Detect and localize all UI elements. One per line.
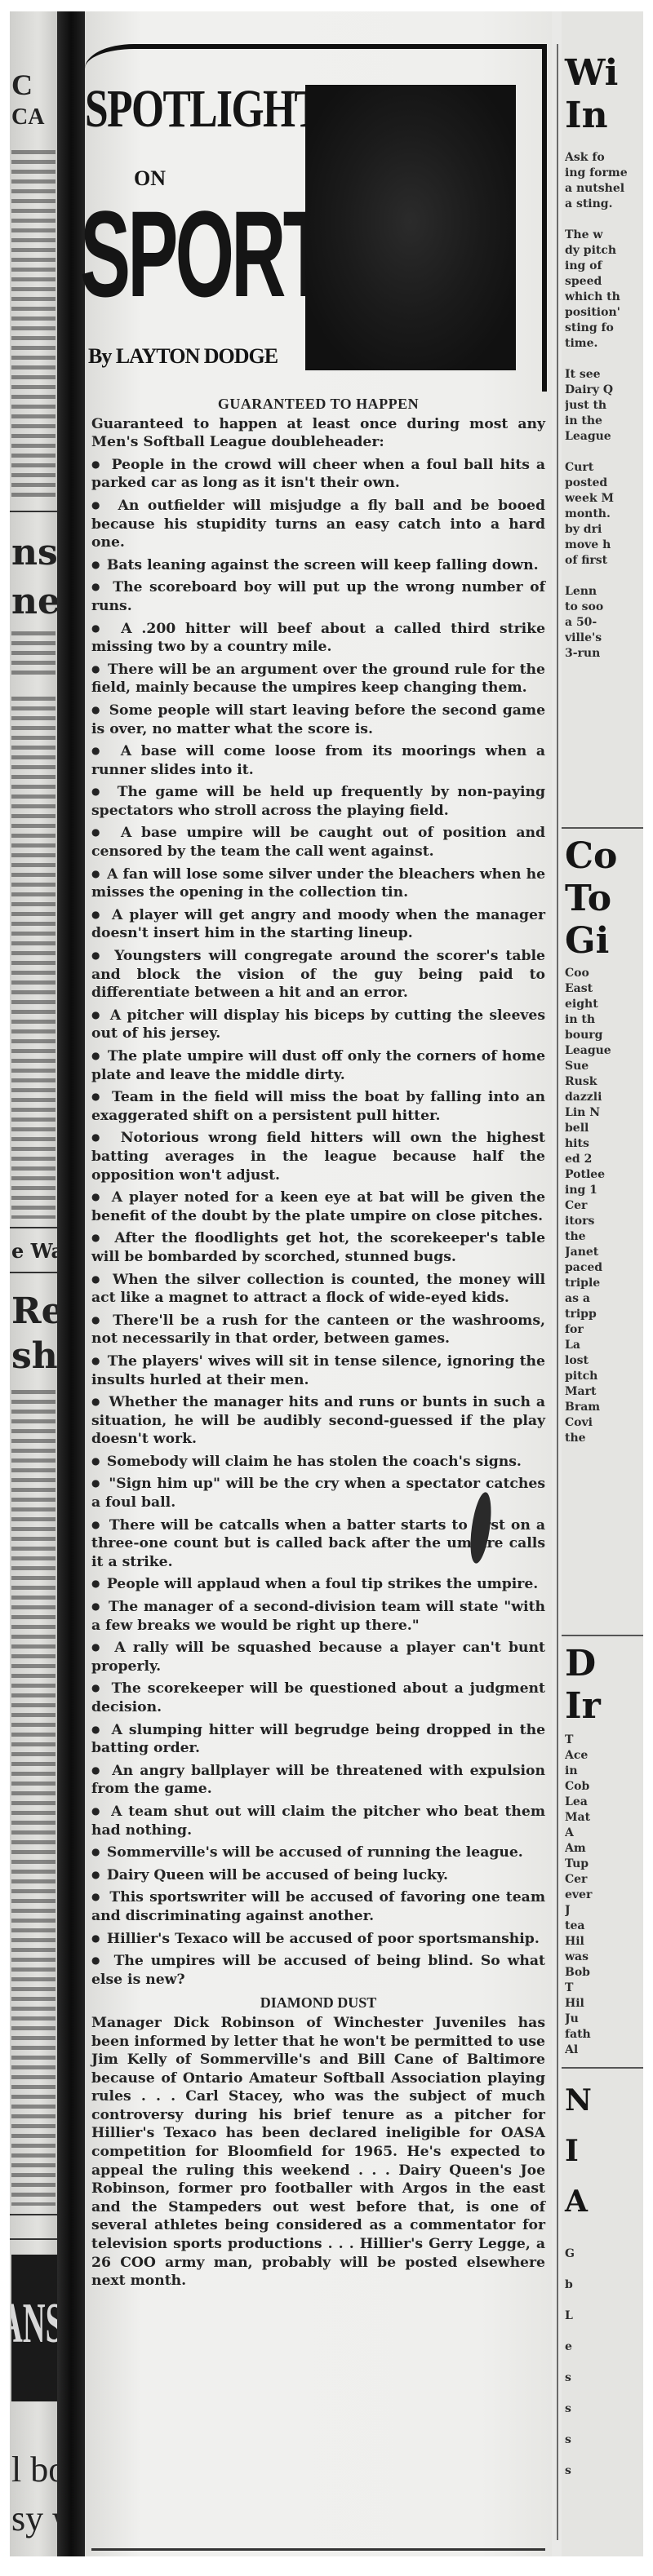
text-line: in [565, 1764, 643, 1779]
text-line: of first [565, 553, 643, 569]
left-rule [10, 2214, 57, 2215]
list-item: The plate umpire will dust off only the … [91, 1047, 545, 1084]
columnist-photo [305, 85, 516, 370]
text-line: a 50- [565, 615, 643, 631]
article-intro: Guaranteed to happen at least once durin… [91, 415, 545, 452]
left-advert-banner-text: ANS [11, 2255, 32, 2385]
list-item: The scoreboard boy will put up the wrong… [91, 578, 545, 615]
list-item: An outfielder will misjudge a fly ball a… [91, 496, 545, 552]
text-line: in the [565, 414, 643, 429]
left-text-lines [11, 697, 56, 1219]
left-rule [10, 1227, 57, 1228]
text-line [565, 569, 643, 584]
text-line: Hil [565, 1996, 643, 2012]
text-line: Mat [565, 1810, 643, 1826]
diamond-dust-heading: DIAMOND DUST [91, 1994, 545, 2012]
text-line: Curt [565, 460, 643, 476]
right-story2-body: CooEasteightin thbourgLeagueSueRuskdazzl… [565, 966, 643, 1446]
left-advert-banner: ANS [11, 2255, 57, 2401]
left-rule [10, 511, 57, 512]
list-item: Hillier's Texaco will be accused of poor… [91, 1929, 545, 1949]
text-line: dy pitch [565, 243, 643, 259]
text-line: which th [565, 290, 643, 305]
text-line: Janet [565, 1245, 643, 1260]
left-rule [10, 2238, 57, 2240]
text-line: ville's [565, 631, 643, 646]
text-line: ing of [565, 259, 643, 274]
text-line: Coo [565, 966, 643, 981]
headline-line: Gi [565, 920, 617, 963]
text-line [565, 212, 643, 228]
text-line: eight [565, 997, 643, 1012]
left-text-lines [11, 631, 56, 680]
list-item: Sommerville's will be accused of running… [91, 1843, 545, 1862]
list-item: A player will get angry and moody when t… [91, 905, 545, 943]
headline-line: D [565, 1643, 601, 1685]
left-headline-wa: e Wa [11, 1239, 57, 1263]
list-item: The umpires will be accused of being bli… [91, 1951, 545, 1989]
right-story1-headline: WiIn [565, 52, 618, 137]
text-line: was [565, 1950, 643, 1965]
text-line: ed 2 [565, 1152, 643, 1167]
headline-line: To [565, 878, 617, 920]
text-line: tea [565, 1919, 643, 1934]
text-line: Al [565, 2043, 643, 2058]
article-body: GUARANTEED TO HAPPEN Guaranteed to happe… [91, 395, 545, 2294]
text-line: East [565, 981, 643, 997]
headline-line: I [565, 2126, 592, 2176]
left-rule [10, 1272, 57, 1273]
article-subhead: GUARANTEED TO HAPPEN [91, 395, 545, 414]
text-line: Potlee [565, 1167, 643, 1183]
text-line: month. [565, 507, 643, 522]
right-story3-body: TAceinCobLeaMatAAmTupCereverJteaHilwasBo… [565, 1733, 643, 2058]
text-line: ing forme [565, 166, 643, 181]
list-item: An angry ballplayer will be threatened w… [91, 1761, 545, 1799]
text-line: League [565, 1043, 643, 1059]
text-line: ever [565, 1888, 643, 1903]
text-line: League [565, 429, 643, 445]
guaranteed-list: People in the crowd will cheer when a fo… [91, 455, 545, 1990]
text-line: by dri [565, 522, 643, 538]
text-line: Dairy Q [565, 383, 643, 398]
text-line: The w [565, 228, 643, 243]
text-line: e [565, 2331, 643, 2362]
text-line: paced [565, 1260, 643, 1276]
text-line: A [565, 1826, 643, 1841]
text-line: as a [565, 1291, 643, 1307]
list-item: Youngsters will congregate around the sc… [91, 946, 545, 1003]
text-line: Cer [565, 1198, 643, 1214]
text-line: 3-run [565, 646, 643, 662]
text-line: to soo [565, 600, 643, 615]
text-line: pitch [565, 1369, 643, 1384]
text-line: Ace [565, 1748, 643, 1764]
text-line: s [565, 2424, 643, 2455]
list-item: A .200 hitter will beef about a called t… [91, 619, 545, 657]
text-line: Lin N [565, 1105, 643, 1121]
list-item: A team shut out will claim the pitcher w… [91, 1802, 545, 1839]
text-line: move h [565, 538, 643, 553]
list-item: There will be an argument over the groun… [91, 660, 545, 697]
text-line: Cer [565, 1872, 643, 1888]
right-adjacent-column: WiIn Ask foing formea nutshela sting. Th… [562, 11, 643, 2556]
byline: By LAYTON DODGE [88, 344, 278, 369]
left-headline-shav: shav [11, 1337, 57, 1376]
text-line: tripp [565, 1307, 643, 1322]
left-adjacent-column: C CA ns ne e Wa Relie shav ANS l both sy… [10, 11, 57, 2556]
right-story4-body: GbLessss [565, 2238, 643, 2486]
text-line: b [565, 2269, 643, 2300]
list-item: The game will be held up frequently by n… [91, 782, 545, 820]
left-fragment-top: C [11, 69, 57, 101]
list-item: People will applaud when a foul tip stri… [91, 1574, 545, 1594]
left-advert-line1: l both [11, 2450, 57, 2490]
list-item: A base umpire will be caught out of posi… [91, 823, 545, 861]
headline-line: Wi [565, 52, 618, 95]
text-line: Lenn [565, 584, 643, 600]
text-line: fath [565, 2027, 643, 2043]
list-item: Dairy Queen will be accused of being luc… [91, 1866, 545, 1885]
column-separator [557, 44, 558, 2540]
text-line [565, 352, 643, 367]
newspaper-page: C CA ns ne e Wa Relie shav ANS l both sy… [10, 11, 643, 2556]
text-line: s [565, 2362, 643, 2393]
text-line: Lea [565, 1795, 643, 1810]
list-item: A base will come loose from its moorings… [91, 741, 545, 779]
text-line: Ju [565, 2012, 643, 2027]
text-line: hits [565, 1136, 643, 1152]
text-line: Tup [565, 1857, 643, 1872]
text-line: itors [565, 1214, 643, 1229]
list-item: Somebody will claim he has stolen the co… [91, 1452, 545, 1472]
text-line: Hil [565, 1934, 643, 1950]
text-line: Bram [565, 1400, 643, 1415]
headline-line: Ir [565, 1685, 601, 1728]
text-line: just th [565, 398, 643, 414]
text-line: J [565, 1903, 643, 1919]
text-line: position' [565, 305, 643, 321]
text-line: week M [565, 491, 643, 507]
spotlight-column: SPOTLIGHT ON SPORTS By LAYTON DODGE GUAR… [85, 11, 552, 2556]
list-item: After the floodlights get hot, the score… [91, 1228, 545, 1266]
text-line: ing 1 [565, 1183, 643, 1198]
text-line: the [565, 1431, 643, 1446]
list-item: A rally will be squashed because a playe… [91, 1638, 545, 1675]
text-line: Ask fo [565, 150, 643, 166]
left-text-lines [11, 150, 56, 501]
text-line [565, 445, 643, 460]
list-item: Whether the manager hits and runs or bun… [91, 1392, 545, 1449]
list-item: Notorious wrong field hitters will own t… [91, 1128, 545, 1184]
text-line: lost [565, 1353, 643, 1369]
list-item: When the silver collection is counted, t… [91, 1270, 545, 1308]
left-headline-relie: Relie [11, 1292, 57, 1331]
text-line: s [565, 2455, 643, 2486]
headline-line: Co [565, 835, 617, 878]
headline-line: In [565, 95, 618, 137]
list-item: People in the crowd will cheer when a fo… [91, 455, 545, 493]
headline-line: N [565, 2075, 592, 2126]
text-line: Am [565, 1841, 643, 1857]
text-line: bell [565, 1121, 643, 1136]
text-line: bourg [565, 1028, 643, 1043]
text-line: T [565, 1981, 643, 1996]
list-item: Team in the field will miss the boat by … [91, 1087, 545, 1125]
column-title-spotlight: SPOTLIGHT [85, 81, 321, 138]
list-item: A fan will lose some silver under the bl… [91, 865, 545, 902]
text-line: a sting. [565, 197, 643, 212]
text-line: Mart [565, 1384, 643, 1400]
text-line: L [565, 2300, 643, 2331]
text-line: sting fo [565, 321, 643, 336]
right-story2-headline: CoToGi [565, 835, 617, 963]
list-item: Some people will start leaving before th… [91, 701, 545, 738]
right-rule [562, 1635, 643, 1636]
list-item: The scorekeeper will be questioned about… [91, 1679, 545, 1716]
list-item: A slumping hitter will begrudge being dr… [91, 1720, 545, 1758]
left-headline-ns: ns [11, 533, 57, 573]
list-item: There'll be a rush for the canteen or th… [91, 1311, 545, 1348]
right-story1-body: Ask foing formea nutshela sting. The wdy… [565, 150, 643, 662]
text-line: dazzli [565, 1090, 643, 1105]
right-rule [562, 827, 643, 829]
text-line: posted [565, 476, 643, 491]
list-item: The players' wives will sit in tense sil… [91, 1352, 545, 1389]
text-line: a nutshel [565, 181, 643, 197]
headline-line: A [565, 2176, 592, 2227]
left-advert-line2: sy way [11, 2499, 57, 2538]
text-line: speed [565, 274, 643, 290]
text-line: Bob [565, 1965, 643, 1981]
left-fragment-top2: CA [11, 101, 57, 134]
right-story4-headline: NIA [565, 2075, 592, 2227]
right-story3-headline: DIr [565, 1643, 601, 1728]
text-line: Cob [565, 1779, 643, 1795]
text-line: the [565, 1229, 643, 1245]
text-line: Sue [565, 1059, 643, 1074]
list-item: A pitcher will display his biceps by cut… [91, 1006, 545, 1043]
column-bottom-rule [91, 2548, 545, 2551]
text-line: triple [565, 1276, 643, 1291]
text-line: It see [565, 367, 643, 383]
list-item: Bats leaning against the screen will kee… [91, 555, 545, 575]
list-item: The manager of a second-division team wi… [91, 1597, 545, 1635]
list-item: A player noted for a keen eye at bat wil… [91, 1188, 545, 1225]
text-line: T [565, 1733, 643, 1748]
text-line: for [565, 1322, 643, 1338]
text-line: Rusk [565, 1074, 643, 1090]
text-line: Covi [565, 1415, 643, 1431]
text-line: G [565, 2238, 643, 2269]
right-rule [562, 2067, 643, 2069]
list-item: This sportswriter will be accused of fav… [91, 1888, 545, 1925]
text-line: La [565, 1338, 643, 1353]
page-binding-gutter [57, 11, 85, 2556]
text-line: in th [565, 1012, 643, 1028]
diamond-dust-text: Manager Dick Robinson of Winchester Juve… [91, 2014, 545, 2291]
left-headline-ne: ne [11, 582, 57, 622]
text-line: time. [565, 336, 643, 352]
text-line: s [565, 2393, 643, 2424]
left-text-lines [11, 1390, 56, 2206]
